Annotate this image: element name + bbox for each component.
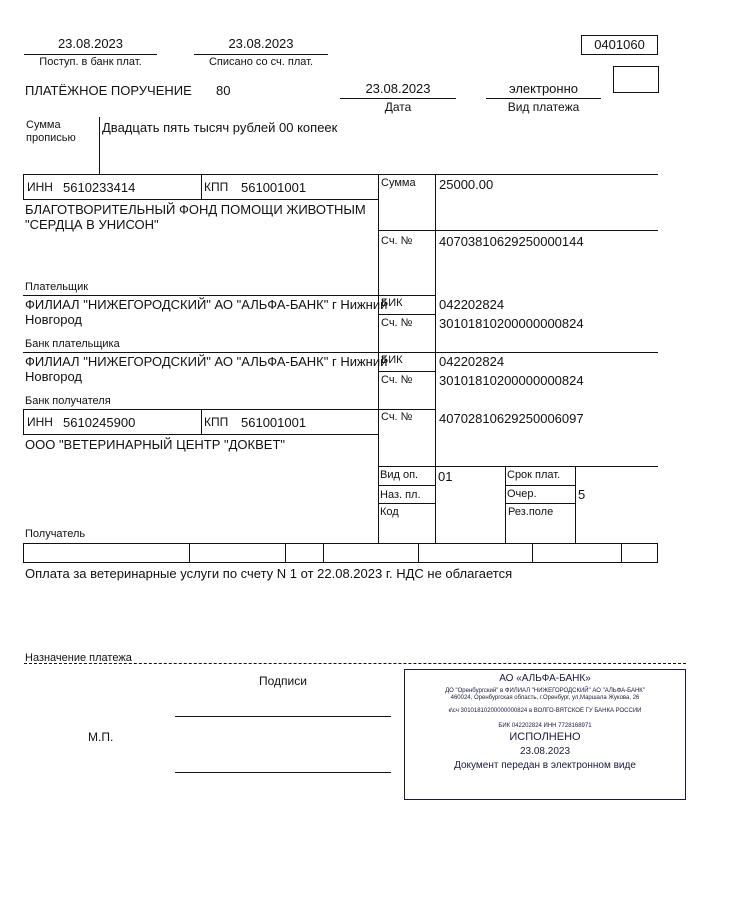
payee-inn: 5610245900 (63, 415, 135, 430)
stamp-date: 23.08.2023 (405, 746, 685, 757)
payer-inn-label: ИНН (27, 180, 53, 194)
payer-kpp-label: КПП (204, 180, 228, 194)
payee-bank-name-line1: ФИЛИАЛ "НИЖЕГОРОДСКИЙ" АО "АЛЬФА-БАНК" г… (25, 354, 387, 369)
payee-account-label: Сч. № (381, 411, 412, 424)
stamp-branch: ДО "Оренбургский" в ФИЛИАЛ "НИЖЕГОРОДСКИ… (405, 688, 685, 694)
document-number: 80 (216, 83, 230, 98)
purpose-code-label: Наз. пл. (380, 489, 421, 502)
priority-value: 5 (578, 487, 585, 502)
payer-bank-name: ФИЛИАЛ "НИЖЕГОРОДСКИЙ" АО "АЛЬФА-БАНК" г… (25, 297, 387, 327)
payer-bank-bik-label: БИК (381, 297, 403, 310)
payee-label: Получатель (25, 528, 85, 541)
payer-bank-bik: 042202824 (439, 297, 504, 312)
op-type-label: Вид оп. (380, 469, 418, 482)
stamp-bank-name: АО «АЛЬФА-БАНК» (405, 673, 685, 684)
debited-label: Списано со сч. плат. (194, 56, 328, 69)
payer-bank-label: Банк плательщика (25, 338, 120, 351)
payer-name-line1: БЛАГОТВОРИТЕЛЬНЫЙ ФОНД ПОМОЩИ ЖИВОТНЫМ (25, 202, 366, 217)
payer-bank-account-label: Сч. № (381, 317, 412, 330)
payee-bank-account-label: Сч. № (381, 374, 412, 387)
amount-words-label-2: прописью (26, 132, 76, 145)
debited-date: 23.08.2023 (194, 36, 328, 51)
signatures-label: Подписи (175, 674, 391, 688)
stamp-note: Документ передан в электронном виде (405, 760, 685, 771)
payee-bank-bik: 042202824 (439, 354, 504, 369)
amount-label: Сумма (381, 177, 416, 190)
payee-bank-account: 30101810200000000824 (439, 373, 584, 388)
payee-kpp: 561001001 (241, 415, 306, 430)
payment-purpose-text: Оплата за ветеринарные услуги по счету N… (25, 566, 512, 581)
date-label: Дата (340, 100, 456, 114)
op-type: 01 (438, 469, 452, 484)
payee-bank-bik-label: БИК (381, 354, 403, 367)
payer-name-line2: "СЕРДЦА В УНИСОН" (25, 217, 366, 232)
payer-account: 40703810629250000144 (439, 234, 584, 249)
stamp-address: 460024, Оренбургская область, г.Оренбург… (405, 695, 685, 701)
signature-line-1 (175, 716, 391, 717)
amount-words-label-1: Сумма (26, 119, 76, 132)
form-code: 0401060 (581, 35, 658, 55)
due-date-label: Срок плат. (507, 469, 560, 482)
stamp-bik-inn: БИК 042202824 ИНН 7728168971 (405, 723, 685, 729)
payee-kpp-label: КПП (204, 415, 228, 429)
amount-value: 25000.00 (439, 177, 493, 192)
status-code-box (613, 66, 659, 93)
payer-bank-account: 30101810200000000824 (439, 316, 584, 331)
document-date: 23.08.2023 (340, 81, 456, 96)
reserve-label: Рез.поле (508, 506, 553, 519)
payer-account-label: Сч. № (381, 235, 412, 248)
code-label: Код (380, 506, 399, 519)
payee-account: 40702810629250006097 (439, 411, 584, 426)
stamp-corr-account: к\сч 30101810200000000824 в ВОЛГО-ВЯТСКО… (405, 708, 685, 714)
received-label: Поступ. в банк плат. (24, 56, 157, 69)
payee-inn-label: ИНН (27, 415, 53, 429)
payment-type: электронно (486, 81, 601, 96)
amount-words-label: Сумма прописью (26, 119, 76, 145)
amount-words-value: Двадцать пять тысяч рублей 00 копеек (102, 120, 337, 135)
payer-kpp: 561001001 (241, 180, 306, 195)
payer-label: Плательщик (25, 281, 88, 294)
payer-bank-name-line2: Новгород (25, 312, 387, 327)
payer-bank-name-line1: ФИЛИАЛ "НИЖЕГОРОДСКИЙ" АО "АЛЬФА-БАНК" г… (25, 297, 387, 312)
stamp-status: ИСПОЛНЕНО (405, 731, 685, 743)
document-title: ПЛАТЁЖНОЕ ПОРУЧЕНИЕ (25, 83, 192, 98)
bank-stamp: АО «АЛЬФА-БАНК» ДО "Оренбургский" в ФИЛИ… (404, 669, 686, 800)
payee-bank-name: ФИЛИАЛ "НИЖЕГОРОДСКИЙ" АО "АЛЬФА-БАНК" г… (25, 354, 387, 384)
payment-type-label: Вид платежа (486, 100, 601, 114)
payee-bank-name-line2: Новгород (25, 369, 387, 384)
received-date: 23.08.2023 (24, 36, 157, 51)
stamp-place-label: М.П. (88, 730, 113, 744)
priority-label: Очер. (507, 488, 537, 501)
payer-inn: 5610233414 (63, 180, 135, 195)
signature-line-2 (175, 772, 391, 773)
payee-name: ООО "ВЕТЕРИНАРНЫЙ ЦЕНТР "ДОКВЕТ" (25, 437, 285, 452)
payer-name: БЛАГОТВОРИТЕЛЬНЫЙ ФОНД ПОМОЩИ ЖИВОТНЫМ "… (25, 202, 366, 232)
payee-bank-label: Банк получателя (25, 395, 111, 408)
